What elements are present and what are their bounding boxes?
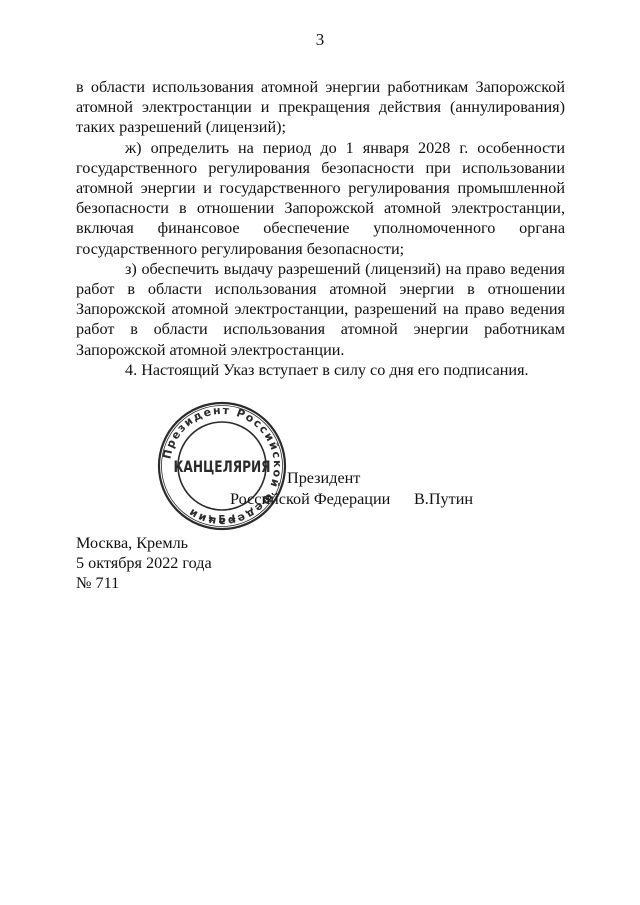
signature-title-line1: Президент bbox=[287, 468, 360, 489]
signing-date: 5 октября 2022 года bbox=[76, 553, 212, 573]
paragraph-item-z: з) обеспечить выдачу разрешений (лицензи… bbox=[76, 259, 565, 360]
stamp-star-left-icon: ✱ bbox=[208, 516, 214, 524]
decree-body: в области использования атомной энергии … bbox=[76, 77, 565, 380]
decree-footer: Москва, Кремль 5 октября 2022 года № 711 bbox=[76, 533, 212, 593]
signatory-name: В.Путин bbox=[414, 489, 473, 510]
signing-place: Москва, Кремль bbox=[76, 533, 212, 553]
stamp-star-right-icon: ✱ bbox=[230, 516, 236, 524]
page-number: 3 bbox=[0, 30, 640, 50]
stamp-number: 5 bbox=[218, 513, 226, 526]
stamp-center-text: КАНЦЕЛЯРИЯ bbox=[173, 459, 270, 477]
stamp-seal-icon: Президент Российской Федерации КАНЦЕЛЯРИ… bbox=[157, 401, 287, 531]
paragraph-continuation: в области использования атомной энергии … bbox=[76, 77, 565, 138]
paragraph-article-4: 4. Настоящий Указ вступает в силу со дня… bbox=[76, 360, 565, 380]
paragraph-item-zh: ж) определить на период до 1 января 2028… bbox=[76, 138, 565, 259]
official-stamp: Президент Российской Федерации КАНЦЕЛЯРИ… bbox=[157, 401, 287, 531]
decree-number: № 711 bbox=[76, 573, 212, 593]
